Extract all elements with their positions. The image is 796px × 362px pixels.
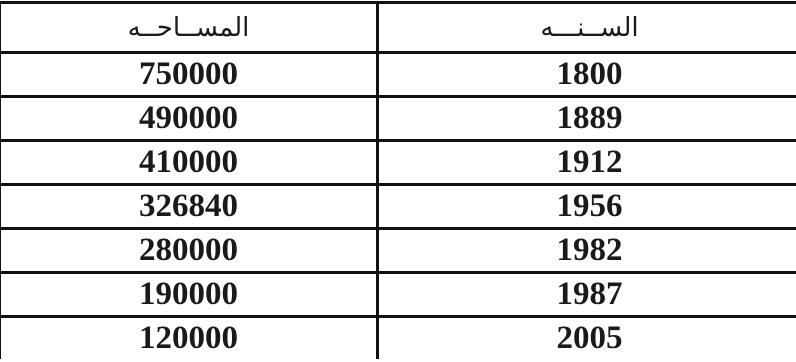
table-row: 490000 1889 (0, 97, 796, 141)
cell-year: 1987 (378, 273, 796, 317)
cell-area: 280000 (0, 229, 378, 273)
table-row: 410000 1912 (0, 141, 796, 185)
table-row: 280000 1982 (0, 229, 796, 273)
header-area: المســاحــه (0, 3, 378, 53)
cell-area: 490000 (0, 97, 378, 141)
cell-area: 120000 (0, 317, 378, 360)
cell-year: 1956 (378, 185, 796, 229)
cell-area: 410000 (0, 141, 378, 185)
cell-year: 1912 (378, 141, 796, 185)
area-by-year-table: المســاحــه الســنـــه 750000 1800 49000… (0, 1, 796, 359)
cell-area: 190000 (0, 273, 378, 317)
cell-year: 2005 (378, 317, 796, 360)
cell-year: 1889 (378, 97, 796, 141)
cell-year: 1800 (378, 53, 796, 97)
cell-year: 1982 (378, 229, 796, 273)
cell-area: 750000 (0, 53, 378, 97)
table-row: 326840 1956 (0, 185, 796, 229)
table-row: 750000 1800 (0, 53, 796, 97)
header-year: الســنـــه (378, 3, 796, 53)
table-row: 120000 2005 (0, 317, 796, 360)
cell-area: 326840 (0, 185, 378, 229)
table-row: 190000 1987 (0, 273, 796, 317)
header-row: المســاحــه الســنـــه (0, 3, 796, 53)
